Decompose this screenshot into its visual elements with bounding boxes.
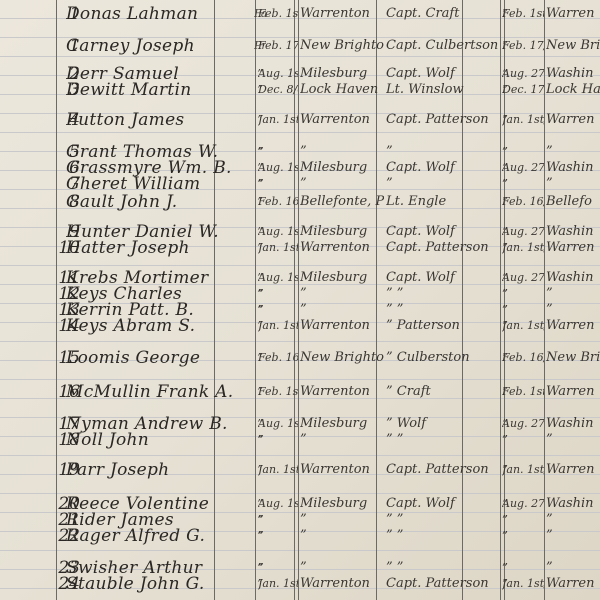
muster-place: ” [546, 525, 600, 547]
soldier-name: Keys Abram S. [66, 315, 256, 337]
enlist-place: Warrenton [300, 3, 384, 25]
enlist-date: Jan. 1st/64 [258, 109, 298, 131]
ledger-row: 18Noll John”””” ”””” [0, 429, 600, 451]
soldier-name: Carney Joseph [66, 35, 256, 57]
enlisted-by: Capt. Patterson [386, 109, 502, 131]
muster-date: Feb. 1st/64 [502, 381, 544, 403]
enlist-place: Warrenton [300, 459, 384, 481]
muster-place: New Brig [546, 347, 600, 369]
muster-date: Feb. 17/64 [502, 35, 544, 57]
muster-place: Warren [546, 459, 600, 481]
soldier-name: Rager Alfred G. [66, 525, 256, 547]
muster-date: Feb. 1st/64 [502, 3, 544, 25]
muster-date: Dec. 17/63 [502, 79, 544, 101]
enlist-date: Feb. 16/64 [258, 347, 298, 369]
ledger-row: 10Hatter Joseph”Jan. 1st/64WarrentonCapt… [0, 237, 600, 259]
soldier-name: Donas Lahman [66, 3, 256, 25]
enlist-place: New Brighton, Pa. [300, 35, 384, 57]
enlist-date: Jan. 1st/64 [258, 573, 298, 595]
enlisted-by: ” Patterson [386, 315, 502, 337]
muster-place: Lock Ha [546, 79, 600, 101]
soldier-name: Futton James [66, 109, 256, 131]
muster-date: ” [502, 525, 544, 547]
enlist-place: New Brighton, Pa. [300, 347, 384, 369]
enlist-date: Feb. 17/64 [258, 35, 298, 57]
muster-date: Jan. 1st/64 [502, 459, 544, 481]
ledger-row: 22Rager Alfred G.”””” ”””” [0, 525, 600, 547]
enlisted-by: Capt. Patterson [386, 459, 502, 481]
muster-place: ” [546, 429, 600, 451]
enlisted-by: ” ” [386, 429, 502, 451]
muster-date: Jan. 1st/64 [502, 237, 544, 259]
soldier-name: Dewitt Martin [66, 79, 256, 101]
enlist-date: Jan. 1st/64 [258, 315, 298, 337]
ledger-row: 3Dewitt Martin”Dec. 8/63Lock HavenLt. Wi… [0, 79, 600, 101]
ledger-row: 8Gault John J.”Feb. 16/64Bellefonte, Pa.… [0, 191, 600, 213]
enlist-date: Dec. 8/63 [258, 79, 298, 101]
enlist-place: Bellefonte, Pa. [300, 191, 384, 213]
ledger-row: 16McMullin Frank A.”Feb. 1st/64Warrenton… [0, 381, 600, 403]
ledger-row: 15Loomis George”Feb. 16/64New Brighton, … [0, 347, 600, 369]
ledger-row: 14Keys Abram S.”Jan. 1st/64Warrenton” Pa… [0, 315, 600, 337]
enlist-date: ” [258, 429, 298, 451]
enlist-place: Warrenton [300, 109, 384, 131]
enlist-place: Warrenton [300, 381, 384, 403]
muster-place: Warren [546, 573, 600, 595]
enlist-date: ” [258, 525, 298, 547]
enlisted-by: ” ” [386, 525, 502, 547]
enlisted-by: Capt. Patterson [386, 573, 502, 595]
ledger-row: 1Carney JosephPrivateFeb. 17/64New Brigh… [0, 35, 600, 57]
enlisted-by: Capt. Patterson [386, 237, 502, 259]
muster-place: Warren [546, 237, 600, 259]
enlisted-by: Capt. Culbertson [386, 35, 502, 57]
soldier-name: Hatter Joseph [66, 237, 256, 259]
soldier-name: Loomis George [66, 347, 256, 369]
soldier-name: McMullin Frank A. [66, 381, 256, 403]
muster-date: Feb. 16/64 [502, 191, 544, 213]
muster-place: Warren [546, 109, 600, 131]
ledger-row: 4Futton James”Jan. 1st/64WarrentonCapt. … [0, 109, 600, 131]
enlist-date: Feb. 16/64 [258, 191, 298, 213]
ledger-row: 1Donas LahmanFarrierFeb. 1st/64Warrenton… [0, 3, 600, 25]
enlist-date: Feb. 1st/64 [258, 381, 298, 403]
soldier-name: Gault John J. [66, 191, 256, 213]
enlist-place: ” [300, 525, 384, 547]
enlist-date: Jan. 1st/64 [258, 459, 298, 481]
enlisted-by: Lt. Engle [386, 191, 502, 213]
enlisted-by: Lt. Winslow [386, 79, 502, 101]
ledger-row: 24Stauble John G.”Jan. 1st/64WarrentonCa… [0, 573, 600, 595]
muster-place: Bellefo [546, 191, 600, 213]
muster-date: Jan. 1st/64 [502, 573, 544, 595]
enlist-place: Lock Haven [300, 79, 384, 101]
enlisted-by: Capt. Craft [386, 3, 502, 25]
enlist-place: ” [300, 429, 384, 451]
enlist-date: Feb. 1st/64 [258, 3, 298, 25]
muster-date: Jan. 1st/64 [502, 109, 544, 131]
muster-place: Warren [546, 381, 600, 403]
soldier-name: Noll John [66, 429, 256, 451]
enlisted-by: ” Culberston [386, 347, 502, 369]
enlist-date: Jan. 1st/64 [258, 237, 298, 259]
muster-date: ” [502, 429, 544, 451]
muster-date: Jan. 1st/64 [502, 315, 544, 337]
muster-place: Warren [546, 3, 600, 25]
enlist-place: Warrenton [300, 573, 384, 595]
enlist-place: Warrenton [300, 237, 384, 259]
muster-date: Feb. 16/64 [502, 347, 544, 369]
muster-place: New Brig [546, 35, 600, 57]
enlisted-by: ” Craft [386, 381, 502, 403]
muster-place: Warren [546, 315, 600, 337]
soldier-name: Parr Joseph [66, 459, 256, 481]
enlist-place: Warrenton [300, 315, 384, 337]
ledger-page: 1Donas LahmanFarrierFeb. 1st/64Warrenton… [0, 0, 600, 600]
ledger-row: 19Parr Joseph”Jan. 1st/64WarrentonCapt. … [0, 459, 600, 481]
soldier-name: Stauble John G. [66, 573, 256, 595]
